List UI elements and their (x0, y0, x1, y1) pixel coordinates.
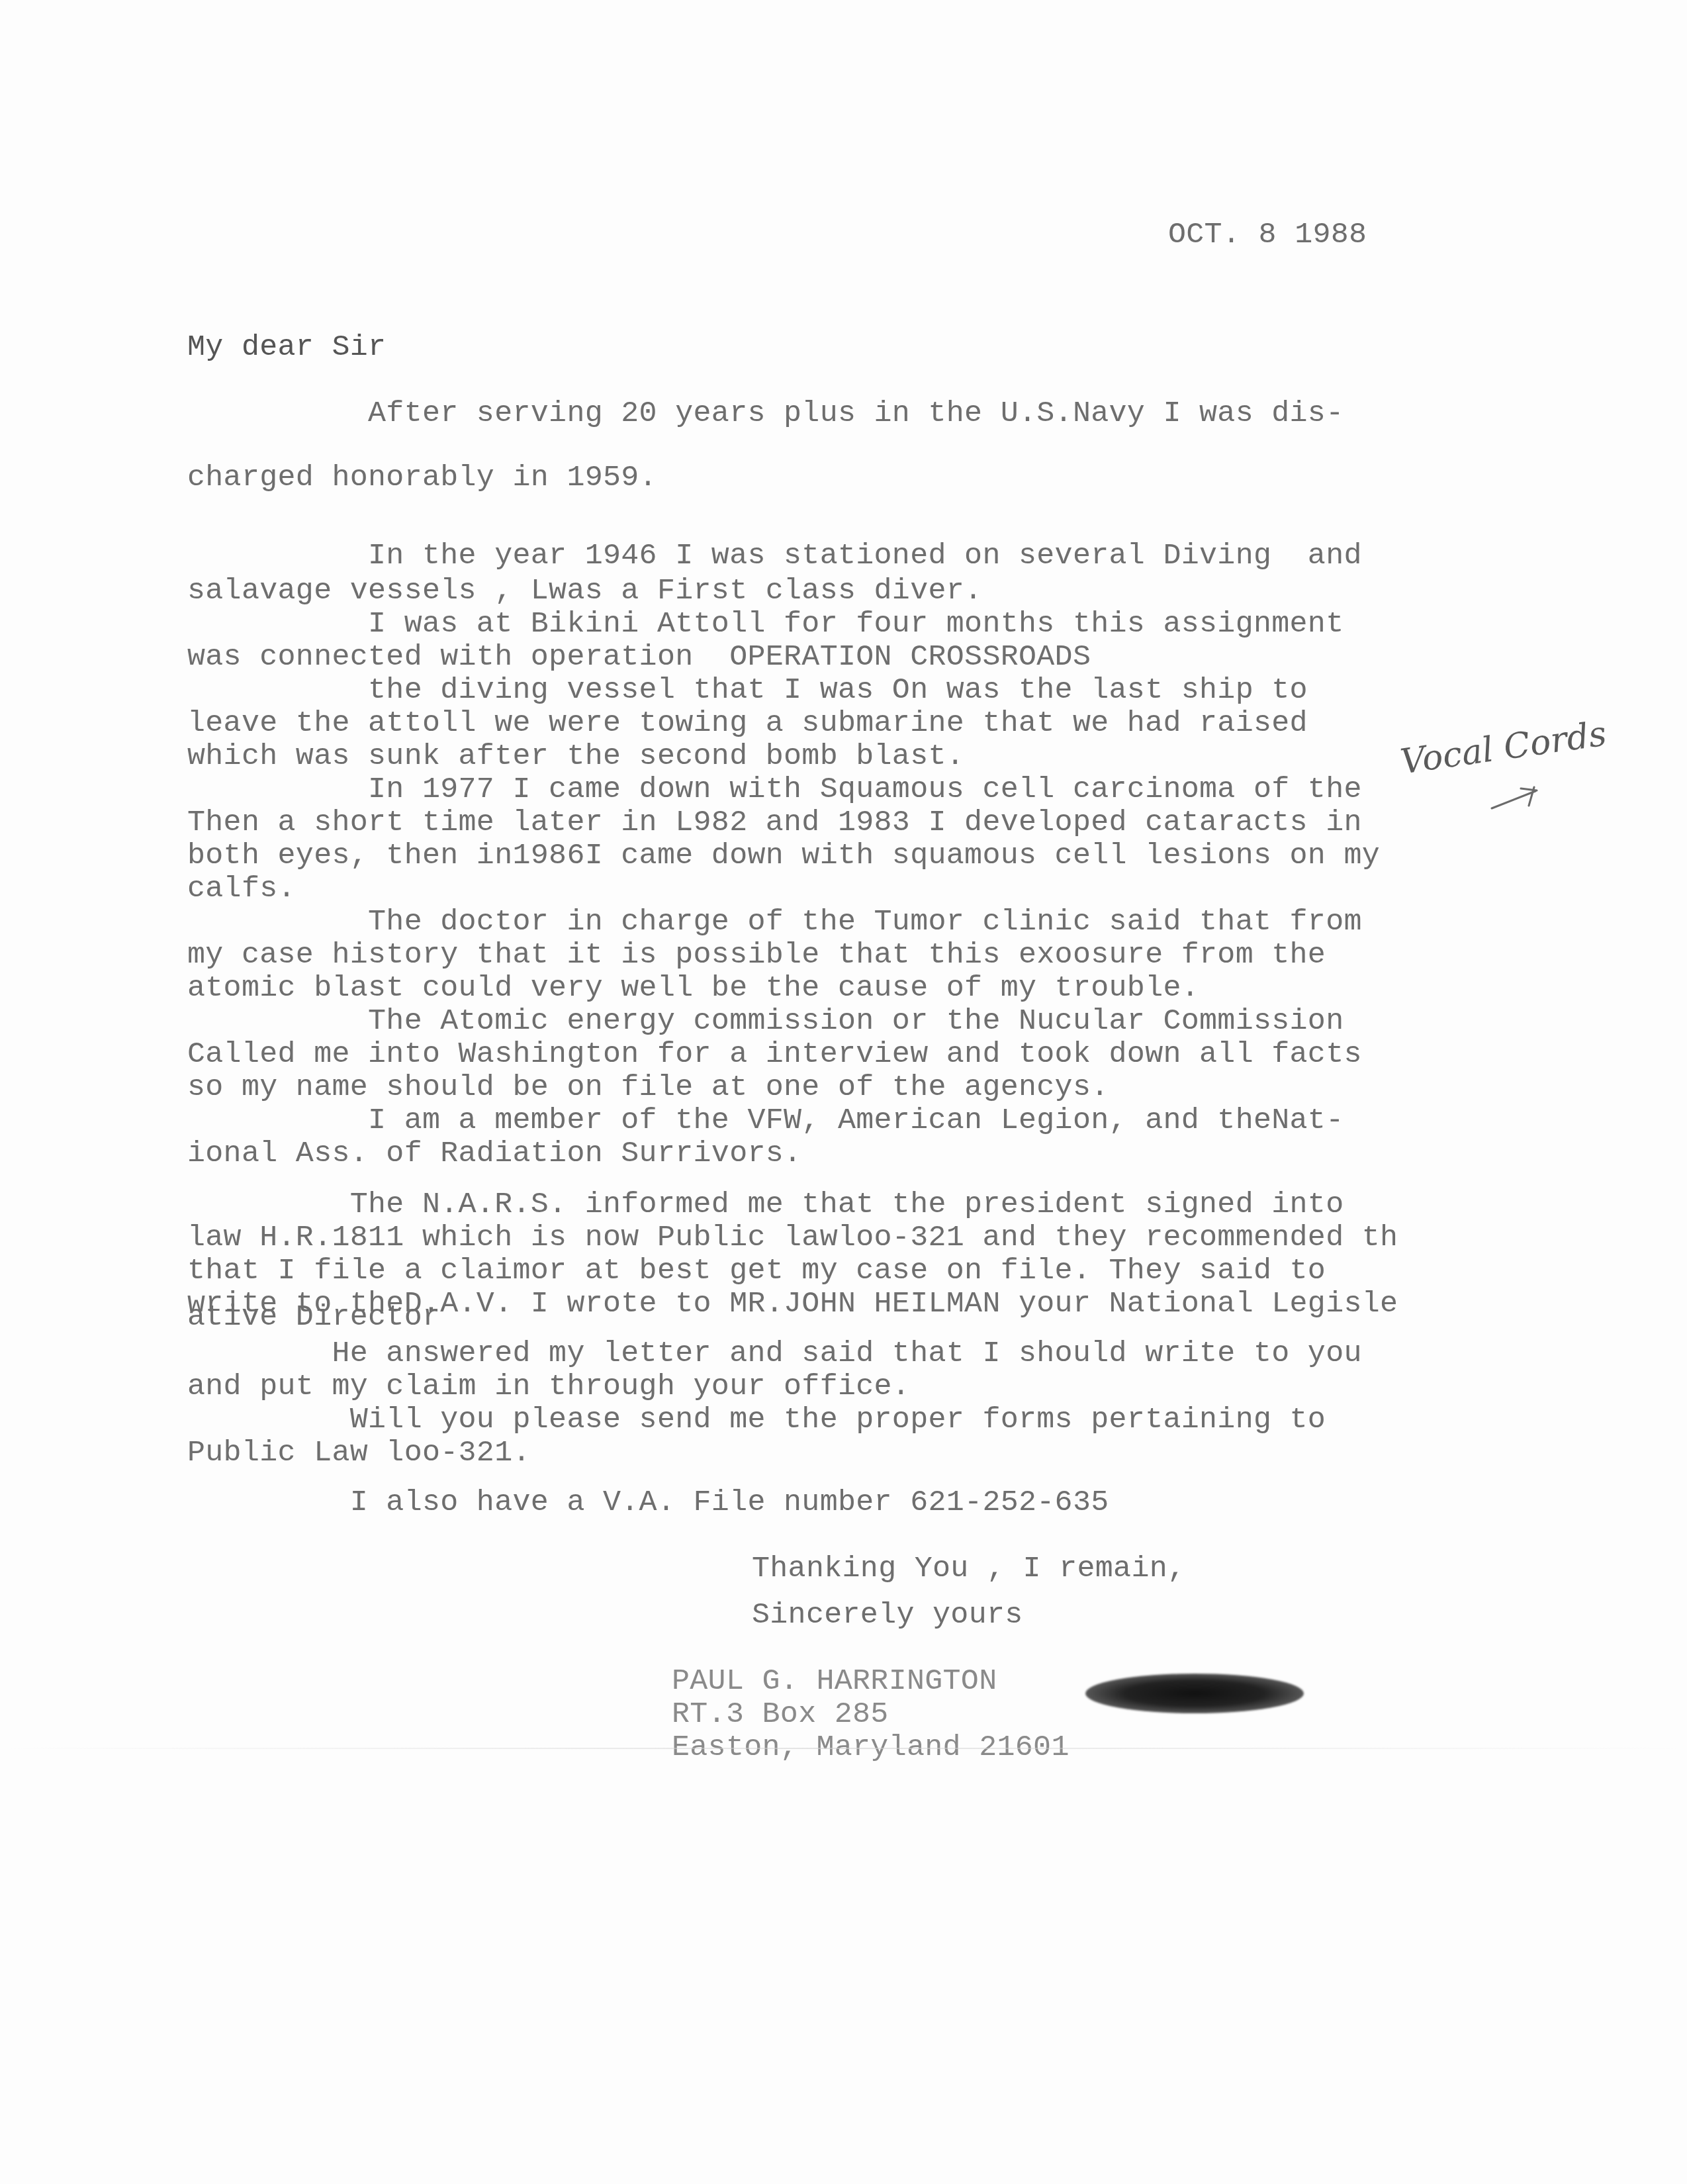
body-line: law H.R.1811 which is now Public lawloo-… (187, 1221, 1398, 1255)
body-line: charged honorably in 1959. (187, 461, 657, 495)
body-line: calfs. (187, 873, 296, 906)
body-line: The Atomic energy commission or the Nucu… (187, 1005, 1344, 1038)
body-line: the diving vessel that I was On was the … (187, 674, 1308, 707)
body-line: atomic blast could very well be the caus… (187, 972, 1199, 1005)
body-line: and put my claim in through your office. (187, 1370, 910, 1403)
body-line: Will you please send me the proper forms… (187, 1403, 1326, 1437)
body-line: ative Director (187, 1301, 440, 1334)
body-line: He answered my letter and said that I sh… (187, 1337, 1362, 1370)
body-line: In the year 1946 I was stationed on seve… (187, 540, 1362, 573)
letter-page: OCT. 8 1988 My dear Sir After serving 20… (0, 0, 1687, 2184)
body-line: my case history that it is possible that… (187, 939, 1326, 972)
body-line: Called me into Washington for a intervie… (187, 1038, 1362, 1071)
body-line: I also have a V.A. File number 621-252-6… (187, 1486, 1109, 1519)
handwritten-arrow-icon (1489, 784, 1549, 811)
body-line: ional Ass. of Radiation Surrivors. (187, 1137, 801, 1170)
body-line: both eyes, then in1986I came down with s… (187, 839, 1380, 873)
body-line: Public Law loo-321. (187, 1437, 531, 1470)
body-line: which was sunk after the second bomb bla… (187, 740, 964, 773)
handwritten-annotation: Vocal Cords (1398, 714, 1609, 782)
body-line: After serving 20 years plus in the U.S.N… (187, 397, 1344, 430)
signature-name: PAUL G. HARRINGTON (672, 1665, 997, 1698)
letter-date: OCT. 8 1988 (1168, 218, 1367, 252)
body-line: salavage vessels , Lwas a First class di… (187, 575, 982, 608)
closing-line: Thanking You , I remain, (752, 1552, 1185, 1586)
body-line: Then a short time later in L982 and 1983… (187, 806, 1362, 839)
body-line: The doctor in charge of the Tumor clinic… (187, 906, 1362, 939)
body-line: was connected with operation OPERATION C… (187, 641, 1091, 674)
body-line: so my name should be on file at one of t… (187, 1071, 1109, 1104)
body-line: that I file a claimor at best get my cas… (187, 1255, 1326, 1288)
body-line: The N.A.R.S. informed me that the presid… (187, 1188, 1344, 1221)
body-line: I am a member of the VFW, American Legio… (187, 1104, 1344, 1137)
body-line: leave the attoll we were towing a submar… (187, 707, 1308, 740)
salutation: My dear Sir (187, 331, 386, 364)
paper-fold-line (0, 1748, 1687, 1749)
body-line: In 1977 I came down with Squamous cell c… (187, 773, 1362, 806)
signature-address-line1: RT.3 Box 285 (672, 1698, 889, 1731)
redaction-blot (1085, 1674, 1304, 1713)
body-line: I was at Bikini Attoll for four months t… (187, 608, 1344, 641)
valediction: Sincerely yours (752, 1599, 1023, 1632)
